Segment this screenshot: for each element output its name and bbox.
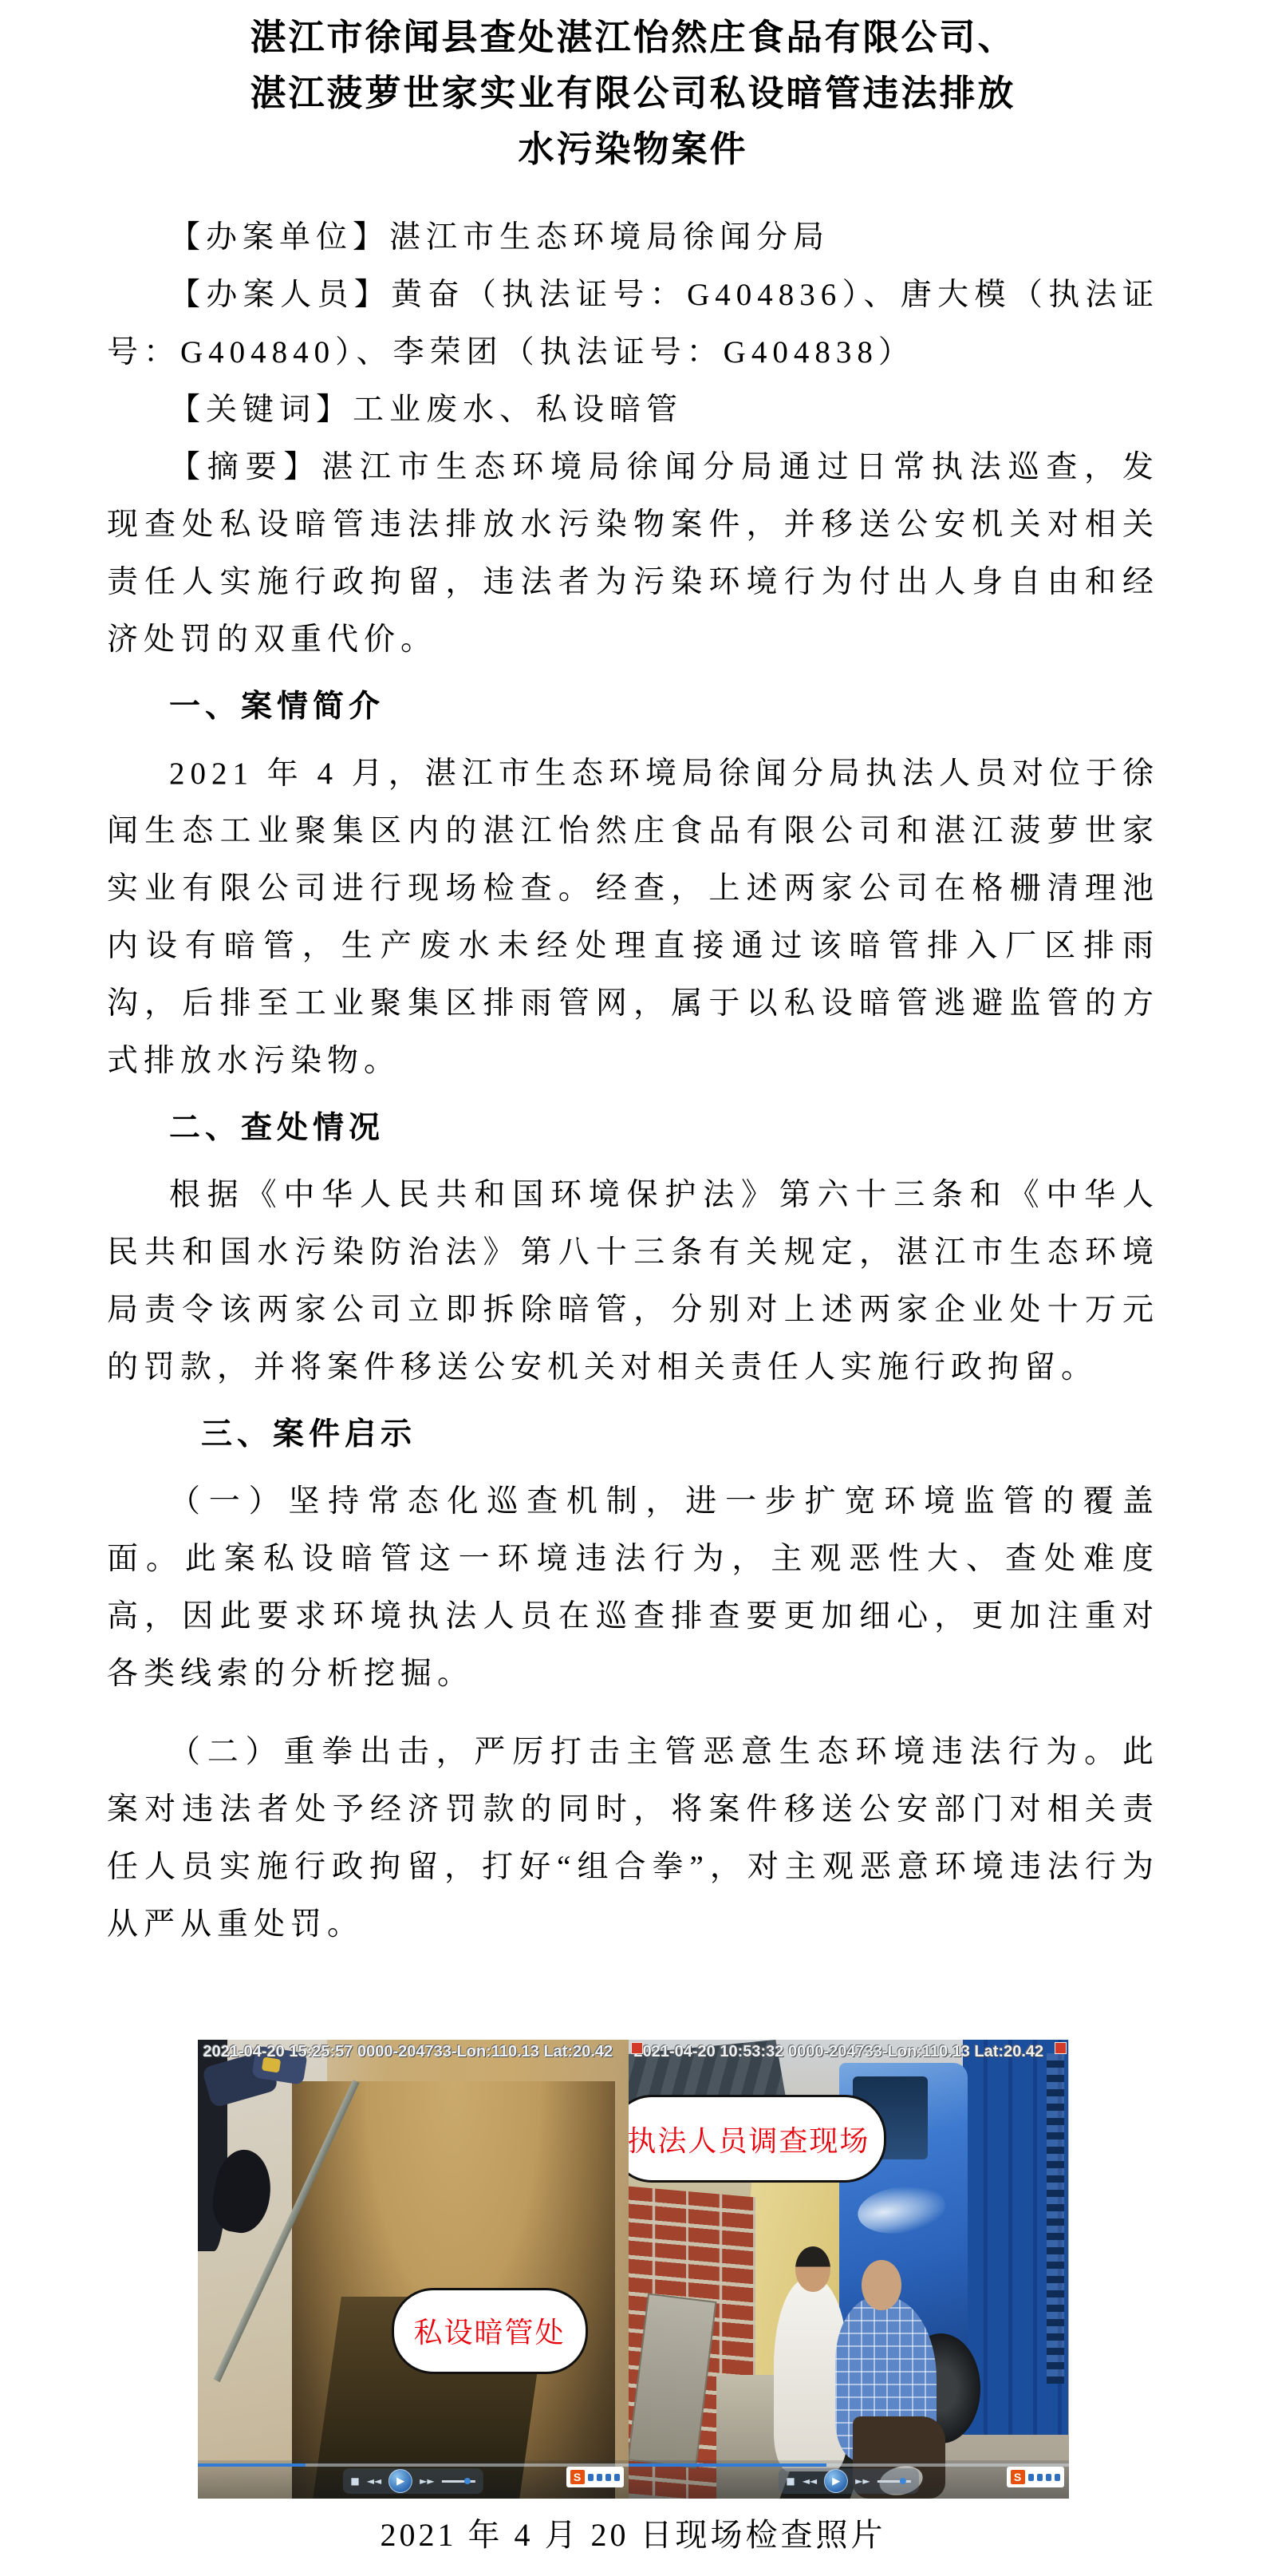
photo-inspection-scene: 2021-04-20 10:53:32 0000-204733-Lon:110.… [629, 2040, 1069, 2499]
volume-knob [900, 2478, 906, 2484]
watermark-glyph-icon [588, 2474, 594, 2481]
case-field-unit: 【办案单位】湛江市生态环境局徐闻分局 [107, 209, 1159, 267]
paragraph-case-intro: 2021 年 4 月，湛江市生态环境局徐闻分局执法人员对位于徐闻生态工业聚集区内… [107, 745, 1159, 1090]
section-heading-1: 一、案情简介 [107, 678, 1159, 736]
title-line-2: 湛江菠萝世家实业有限公司私设暗管违法排放 [107, 65, 1159, 121]
field-value: 工业废水、私设暗管 [353, 393, 683, 427]
paragraph-lesson-1: （一）坚持常态化巡查机制，进一步扩宽环境监管的覆盖面。此案私设暗管这一环境违法行… [107, 1473, 1159, 1703]
annotation-label: 私设暗管处 [413, 2310, 565, 2351]
recording-badge-icon [631, 2042, 643, 2054]
title-line-3: 水污染物案件 [107, 121, 1159, 177]
site-photos: 2021-04-20 15:25:57 0000-204733-Lon:110.… [198, 2040, 1069, 2499]
photo-annotation-bubble: 执法人员调查现场 [629, 2095, 887, 2183]
video-timestamp: 2021-04-20 10:53:32 0000-204733-Lon:110.… [634, 2043, 1063, 2061]
recording-badge-icon [1055, 2042, 1067, 2054]
player-button-cluster: ■ ◄◄ ▶ ►► [342, 2468, 483, 2494]
photo-annotation-bubble: 私设暗管处 [392, 2288, 588, 2374]
video-timestamp: 2021-04-20 15:25:57 0000-204733-Lon:110.… [203, 2043, 623, 2061]
player-button-cluster: ■ ◄◄ ▶ ►► [778, 2468, 918, 2494]
player-logo-icon: S [570, 2470, 585, 2484]
watermark-glyph-icon [1046, 2474, 1051, 2481]
annotation-label: 执法人员调查现场 [629, 2119, 870, 2159]
watermark-glyph-icon [1037, 2474, 1043, 2481]
case-field-keywords: 【关键词】工业废水、私设暗管 [107, 381, 1159, 439]
paragraph-handling: 根据《中华人民共和国环境保护法》第六十三条和《中华人民共和国水污染防治法》第八十… [107, 1167, 1159, 1397]
volume-knob [464, 2478, 471, 2484]
fast-forward-icon: ►► [420, 2475, 434, 2487]
stop-icon: ■ [786, 2475, 795, 2487]
video-player-controls: ■ ◄◄ ▶ ►► S [629, 2460, 1069, 2499]
rewind-icon: ◄◄ [803, 2475, 817, 2487]
inspector-head [862, 2260, 901, 2310]
document-content: 湛江市徐闻县查处湛江怡然庄食品有限公司、 湛江菠萝世家实业有限公司私设暗管违法排… [0, 0, 1266, 1954]
field-label: 【办案人员】 [169, 278, 391, 312]
section-heading-3: 三、案件启示 [107, 1406, 1159, 1464]
field-label: 【摘要】 [169, 450, 321, 484]
paragraph-lesson-2: （二）重拳出击，严厉打击主管恶意生态环境违法行为。此案对违法者处予经济罚款的同时… [107, 1724, 1159, 1954]
progress-track [629, 2463, 1069, 2467]
player-logo-icon: S [1011, 2470, 1025, 2484]
progress-fill [629, 2463, 826, 2467]
photo-caption: 2021 年 4 月 20 日现场检查照片 [0, 2513, 1266, 2558]
player-watermark: S [566, 2467, 624, 2487]
title-line-1: 湛江市徐闻县查处湛江怡然庄食品有限公司、 [107, 10, 1159, 65]
rewind-icon: ◄◄ [367, 2475, 381, 2487]
volume-slider [878, 2480, 911, 2483]
play-icon: ▶ [824, 2469, 848, 2493]
photo-hidden-pipe: 2021-04-20 15:25:57 0000-204733-Lon:110.… [198, 2040, 629, 2499]
document-title: 湛江市徐闻县查处湛江怡然庄食品有限公司、 湛江菠萝世家实业有限公司私设暗管违法排… [107, 10, 1159, 177]
stop-icon: ■ [350, 2475, 359, 2487]
watermark-glyph-icon [614, 2474, 620, 2481]
case-field-officers: 【办案人员】黄奋（执法证号：G404836）、唐大模（执法证号：G404840）… [107, 267, 1159, 381]
play-icon: ▶ [388, 2469, 412, 2493]
field-label: 【关键词】 [169, 393, 353, 427]
watermark-glyph-icon [605, 2474, 611, 2481]
truck-ladder [1047, 2053, 1064, 2384]
watermark-glyph-icon [1055, 2474, 1060, 2481]
video-player-controls: ■ ◄◄ ▶ ►► S [198, 2460, 629, 2499]
field-value: 湛江市生态环境局徐闻分局 [389, 220, 830, 255]
volume-slider [442, 2480, 475, 2483]
progress-track [198, 2463, 629, 2467]
document-page: 湛江市徐闻县查处湛江怡然庄食品有限公司、 湛江菠萝世家实业有限公司私设暗管违法排… [0, 0, 1266, 2576]
player-watermark: S [1007, 2467, 1064, 2487]
progress-fill [198, 2463, 306, 2467]
fast-forward-icon: ►► [855, 2475, 870, 2487]
section-heading-2: 二、查处情况 [107, 1100, 1159, 1157]
field-label: 【办案单位】 [169, 220, 389, 255]
watermark-glyph-icon [597, 2474, 602, 2481]
watermark-glyph-icon [1028, 2474, 1034, 2481]
case-field-abstract: 【摘要】湛江市生态环境局徐闻分局通过日常执法巡查，发现查处私设暗管违法排放水污染… [107, 439, 1159, 669]
